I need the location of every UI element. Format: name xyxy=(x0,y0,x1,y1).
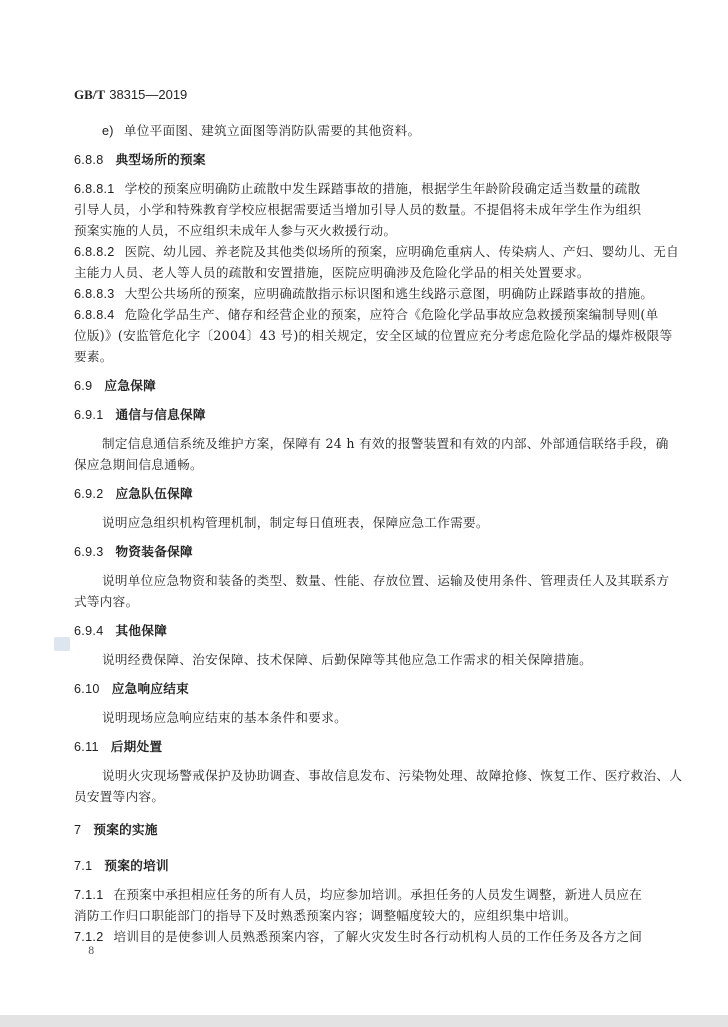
numbered-paragraph: 7.1.1在预案中承担相应任务的所有人员，均应参加培训。承担任务的人员发生调整，… xyxy=(74,885,642,905)
numbered-paragraph: 6.8.8.4危险化学品生产、储存和经营企业的预案，应符合《危险化学品事故应急救… xyxy=(74,305,658,325)
section-title: 后期处置 xyxy=(111,739,163,754)
section-title: 其他保障 xyxy=(116,623,168,638)
list-marker: e) xyxy=(102,124,114,138)
paragraph-continuation: 要素。 xyxy=(74,347,113,367)
body-paragraph: 说明经费保障、治安保障、技术保障、后勤保障等其他应急工作需求的相关保障措施。 xyxy=(102,650,592,670)
list-item-text: 单位平面图、建筑立面图等消防队需要的其他资料。 xyxy=(124,123,421,138)
section-heading: 7预案的实施 xyxy=(74,820,158,840)
section-number: 6.8.8 xyxy=(74,153,104,167)
section-heading: 6.11后期处置 xyxy=(74,737,162,757)
section-number: 6.9.4 xyxy=(74,624,104,638)
clause-text: 在预案中承担相应任务的所有人员，均应参加培训。承担任务的人员发生调整，新进人员应… xyxy=(114,887,643,902)
paragraph-continuation: 引导人员，小学和特殊教育学校应根据需要适当增加引导人员的数量。不提倡将未成年学生… xyxy=(74,200,641,220)
clause-number: 7.1.2 xyxy=(74,930,104,944)
clause-number: 6.8.8.4 xyxy=(74,308,115,322)
clause-number: 7.1.1 xyxy=(74,888,104,902)
section-number: 6.9.1 xyxy=(74,408,104,422)
section-heading: 6.9应急保障 xyxy=(74,376,156,396)
section-title: 应急队伍保障 xyxy=(116,486,193,501)
section-heading: 6.10应急响应结束 xyxy=(74,679,189,699)
clause-number: 6.8.8.2 xyxy=(74,245,115,259)
section-title: 应急响应结束 xyxy=(112,681,189,696)
paragraph-continuation: 消防工作归口职能部门的指导下及时熟悉预案内容；调整幅度较大的，应组织集中培训。 xyxy=(74,906,577,926)
section-title: 典型场所的预案 xyxy=(116,152,206,167)
body-paragraph: 说明应急组织机构管理机制，制定每日值班表，保障应急工作需要。 xyxy=(102,513,489,533)
section-title: 通信与信息保障 xyxy=(116,407,206,422)
document-page: GB/T 38315—2019 e)单位平面图、建筑立面图等消防队需要的其他资料… xyxy=(0,0,728,1015)
numbered-paragraph: 6.8.8.3大型公共场所的预案，应明确疏散指示标识图和逃生线路示意图，明确防止… xyxy=(74,284,653,304)
page-number: 8 xyxy=(88,946,94,957)
clause-text: 危险化学品生产、储存和经营企业的预案，应符合《危险化学品事故应急救援预案编制导则… xyxy=(125,307,659,322)
section-heading: 6.9.4其他保障 xyxy=(74,621,167,641)
clause-text: 大型公共场所的预案，应明确疏散指示标识图和逃生线路示意图，明确防止踩踏事故的措施… xyxy=(125,286,654,301)
section-title: 物资装备保障 xyxy=(116,544,193,559)
section-number: 7 xyxy=(74,823,81,837)
side-marker-icon xyxy=(54,637,70,651)
paragraph-continuation: 预案实施的人员，不应组织未成年人参与灭火救援行动。 xyxy=(74,221,396,241)
paragraph-continuation: 主能力人员、老人等人员的疏散和安置措施，医院应明确涉及危险化学品的相关处置要求。 xyxy=(74,263,590,283)
section-number: 6.10 xyxy=(74,682,100,696)
paragraph-continuation: 位版)》(安监管危化字〔2004〕43 号)的相关规定，安全区域的位置应充分考虑… xyxy=(74,326,672,346)
section-title: 预案的培训 xyxy=(104,858,168,873)
body-paragraph: 制定信息通信系统及维护方案，保障有 24 h 有效的报警装置和有效的内部、外部通… xyxy=(102,434,669,454)
clause-text: 医院、幼儿园、养老院及其他类似场所的预案，应明确危重病人、传染病人、产妇、婴幼儿… xyxy=(125,244,679,259)
body-paragraph: 说明现场应急响应结束的基本条件和要求。 xyxy=(102,708,347,728)
standard-prefix: GB/T xyxy=(74,87,105,102)
clause-text: 学校的预案应明确防止疏散中发生踩踏事故的措施，根据学生年龄阶段确定适当数量的疏散 xyxy=(125,181,641,196)
paragraph-continuation: 员安置等内容。 xyxy=(74,787,164,807)
section-number: 6.11 xyxy=(74,740,99,754)
section-heading: 6.9.2应急队伍保障 xyxy=(74,484,193,504)
section-heading: 6.9.1通信与信息保障 xyxy=(74,405,206,425)
numbered-paragraph: 7.1.2培训目的是使参训人员熟悉预案内容，了解火灾发生时各行动机构人员的工作任… xyxy=(74,927,642,947)
section-heading: 6.9.3物资装备保障 xyxy=(74,542,193,562)
section-number: 6.9.3 xyxy=(74,545,104,559)
section-number: 7.1 xyxy=(74,859,92,873)
numbered-paragraph: 6.8.8.1学校的预案应明确防止疏散中发生踩踏事故的措施，根据学生年龄阶段确定… xyxy=(74,179,640,199)
clause-text: 培训目的是使参训人员熟悉预案内容，了解火灾发生时各行动机构人员的工作任务及各方之… xyxy=(114,929,643,944)
section-heading: 6.8.8典型场所的预案 xyxy=(74,150,206,170)
section-number: 6.9.2 xyxy=(74,487,104,501)
standard-header: GB/T 38315—2019 xyxy=(74,87,187,103)
section-title: 预案的实施 xyxy=(93,822,157,837)
paragraph-continuation: 式等内容。 xyxy=(74,592,138,612)
section-heading: 7.1预案的培训 xyxy=(74,856,169,876)
body-paragraph: 说明火灾现场警戒保护及协助调查、事故信息发布、污染物处理、故障抢修、恢复工作、医… xyxy=(102,766,682,786)
paragraph-continuation: 保应急期间信息通畅。 xyxy=(74,455,203,475)
viewer-bottom-bar xyxy=(0,1015,728,1027)
section-title: 应急保障 xyxy=(104,378,156,393)
section-number: 6.9 xyxy=(74,379,92,393)
clause-number: 6.8.8.1 xyxy=(74,182,115,196)
body-paragraph: 说明单位应急物资和装备的类型、数量、性能、存放位置、运输及使用条件、管理责任人及… xyxy=(102,571,669,591)
clause-number: 6.8.8.3 xyxy=(74,287,115,301)
list-item: e)单位平面图、建筑立面图等消防队需要的其他资料。 xyxy=(102,121,420,141)
numbered-paragraph: 6.8.8.2医院、幼儿园、养老院及其他类似场所的预案，应明确危重病人、传染病人… xyxy=(74,242,679,262)
standard-number: 38315—2019 xyxy=(109,87,187,102)
